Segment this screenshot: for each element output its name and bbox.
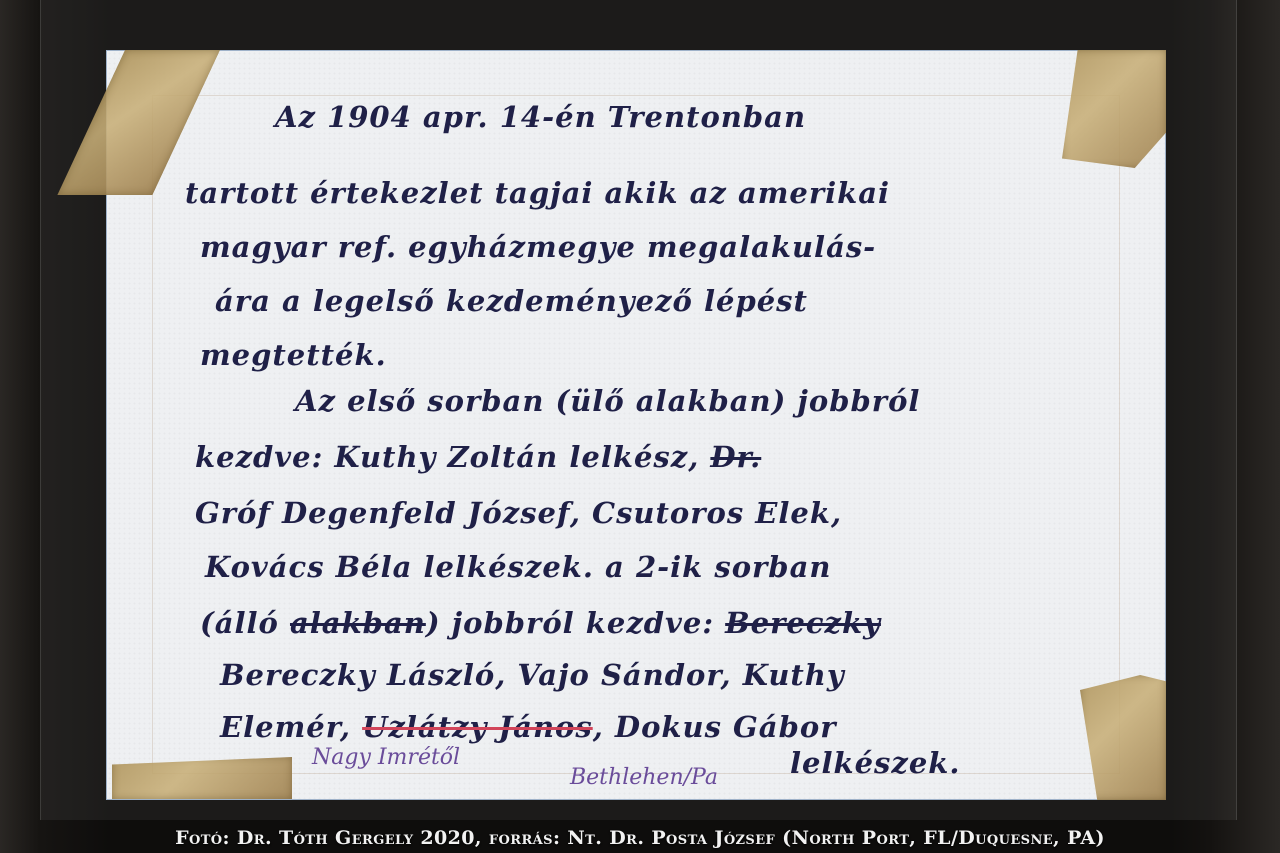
text-line-4: ára a legelső kezdeményező lépést [215, 284, 808, 318]
red-struck-name: Uzlátzy János [362, 710, 593, 744]
text-line-10-mid: ) jobbról kezdve: [426, 606, 725, 640]
text-line-9: Kovács Béla lelkészek. a 2-ik sorban [205, 550, 831, 584]
text-line-12-end: , Dokus Gábor [593, 710, 837, 744]
text-line-1: Az 1904 apr. 14-én Trentonban [275, 100, 806, 134]
text-line-6: Az első sorban (ülő alakban) jobbról [295, 384, 920, 418]
struck-word-bereczky: Bereczky [725, 606, 881, 640]
text-line-8: Gróf Degenfeld József, Csutoros Elek, [195, 496, 842, 530]
struck-word-alakban: alakban [290, 606, 426, 640]
text-line-7: kezdve: Kuthy Zoltán lelkész, Dr. [195, 440, 761, 474]
text-line-12: Elemér, Uzlátzy János, Dokus Gábor [220, 710, 836, 744]
photo-caption: Fotó: Dr. Tóth Gergely 2020, forrás: Nt.… [0, 823, 1280, 853]
text-line-10: (álló alakban) jobbról kezdve: Bereczky [200, 606, 881, 640]
text-line-3: magyar ref. egyházmegye megalakulás- [200, 230, 876, 264]
struck-word-dr: Dr. [710, 440, 761, 474]
text-line-12-start: Elemér, [220, 710, 362, 744]
text-line-7-main: kezdve: Kuthy Zoltán lelkész, [195, 440, 710, 474]
text-line-11: Bereczky László, Vajo Sándor, Kuthy [220, 658, 845, 692]
text-line-13: lelkészek. [790, 746, 960, 780]
annotation-location: Bethlehen/Pa [570, 765, 718, 790]
text-line-10-open: (álló [200, 606, 290, 640]
text-line-2: tartott értekezlet tagjai akik az amerik… [185, 176, 890, 210]
annotation-source: Nagy Imrétől [312, 745, 460, 770]
text-line-5: megtették. [200, 338, 387, 372]
